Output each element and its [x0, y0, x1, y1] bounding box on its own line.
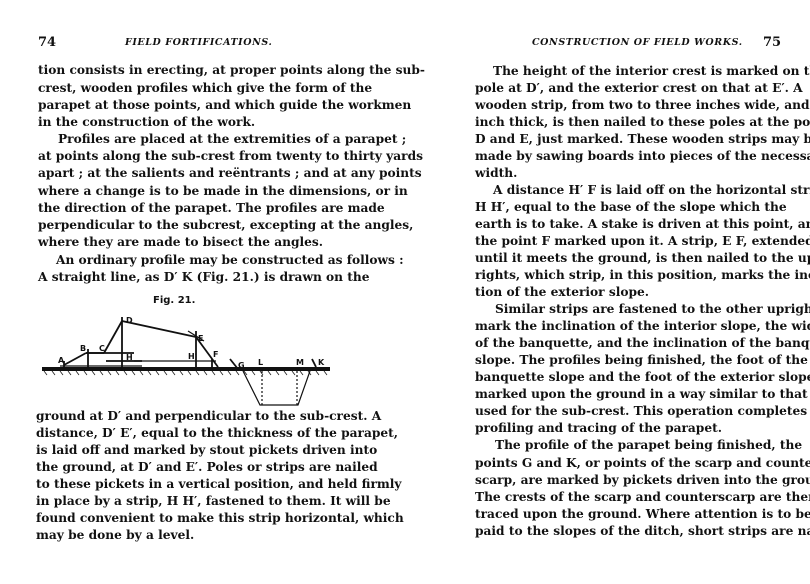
text-line: Profiles are placed at the extremities o…: [58, 131, 340, 148]
text-line: The height of the interior crest is mark…: [493, 63, 775, 80]
text-line: of the banquette, and the inclination of…: [475, 335, 775, 352]
text-line: may be done by a level.: [36, 527, 340, 544]
label-h: H: [126, 353, 133, 362]
left-page: 74 FIELD FORTIFICATIONS. tion consists i…: [0, 0, 405, 584]
text-line: where a change is to be made in the dime…: [38, 183, 340, 200]
text-line: An ordinary profile may be constructed a…: [56, 252, 340, 269]
text-line: distance, D′ E′, equal to the thickness …: [36, 425, 340, 442]
text-line: H H′, equal to the base of the slope whi…: [475, 199, 775, 216]
text-line: tion consists in erecting, at proper poi…: [38, 62, 340, 79]
running-head: CONSTRUCTION OF FIELD WORKS.: [532, 37, 743, 48]
running-head: FIELD FORTIFICATIONS.: [125, 37, 272, 48]
text-line: The crests of the scarp and counterscarp…: [475, 489, 775, 506]
text-line: marked upon the ground in a way similar …: [475, 386, 775, 403]
text-line: made by sawing boards into pieces of the…: [475, 148, 775, 165]
text-line: wooden strip, from two to three inches w…: [475, 97, 775, 114]
text-line: width.: [475, 165, 775, 182]
text-line: to these pickets in a vertical position,…: [36, 476, 340, 493]
label-h-prime: H′: [188, 352, 197, 361]
text-line: A distance H′ F is laid off on the horiz…: [493, 182, 775, 199]
text-line: inch thick, is then nailed to these pole…: [475, 114, 775, 131]
label-b: B: [80, 344, 86, 353]
label-e: E: [198, 334, 203, 343]
text-line: is laid off and marked by stout pickets …: [36, 442, 340, 459]
text-line: ground at D′ and perpendicular to the su…: [36, 408, 340, 425]
text-line: slope. The profiles being finished, the …: [475, 352, 775, 369]
text-line: scarp, are marked by pickets driven into…: [475, 472, 775, 489]
text-line: perpendicular to the subcrest, excepting…: [38, 217, 340, 234]
text-line: the ground, at D′ and E′. Poles or strip…: [36, 459, 340, 476]
text-line: mark the inclination of the interior slo…: [475, 318, 775, 335]
text-line: found convenient to make this strip hori…: [36, 510, 340, 527]
text-line: in the construction of the work.: [38, 114, 340, 131]
text-line: traced upon the ground. Where attention …: [475, 506, 775, 523]
profile-figure: A B C D E H H′ F G L M K: [38, 305, 338, 410]
text-line: the direction of the parapet. The profil…: [38, 200, 340, 217]
text-line: where they are made to bisect the angles…: [38, 234, 340, 251]
text-line: at points along the sub-crest from twent…: [38, 148, 340, 165]
text-line: apart ; at the salients and reëntrants ;…: [38, 165, 340, 182]
text-line: in place by a strip, H H′, fastened to t…: [36, 493, 340, 510]
label-l: L: [258, 358, 263, 367]
text-line: A straight line, as D′ K (Fig. 21.) is d…: [38, 269, 340, 286]
label-a: A: [58, 356, 65, 365]
label-d: D: [126, 316, 133, 325]
label-c: C: [99, 344, 105, 353]
right-page: CONSTRUCTION OF FIELD WORKS. 75 The heig…: [405, 0, 810, 584]
text-line: tion of the exterior slope.: [475, 284, 775, 301]
text-line: pole at D′, and the exterior crest on th…: [475, 80, 775, 97]
text-line: parapet at those points, and which guide…: [38, 97, 340, 114]
text-line: rights, which strip, in this position, m…: [475, 267, 775, 284]
label-g: G: [238, 361, 245, 370]
text-line: banquette slope and the foot of the exte…: [475, 369, 775, 386]
text-line: The profile of the parapet being finishe…: [495, 437, 775, 454]
page-number: 74: [38, 35, 56, 50]
text-line: used for the sub-crest. This operation c…: [475, 403, 775, 420]
text-line: points G and K, or points of the scarp a…: [475, 455, 775, 472]
label-k: K: [318, 358, 325, 367]
label-m: M: [296, 358, 304, 367]
page-number: 75: [763, 35, 781, 50]
text-line: profiling and tracing of the parapet.: [475, 420, 775, 437]
text-line: D and E, just marked. These wooden strip…: [475, 131, 775, 148]
label-f: F: [213, 350, 218, 359]
text-line: paid to the slopes of the ditch, short s…: [475, 523, 775, 540]
text-line: until it meets the ground, is then naile…: [475, 250, 775, 267]
text-line: the point F marked upon it. A strip, E F…: [475, 233, 775, 250]
text-line: crest, wooden profiles which give the fo…: [38, 80, 340, 97]
text-line: Similar strips are fastened to the other…: [495, 301, 775, 318]
text-line: earth is to take. A stake is driven at t…: [475, 216, 775, 233]
